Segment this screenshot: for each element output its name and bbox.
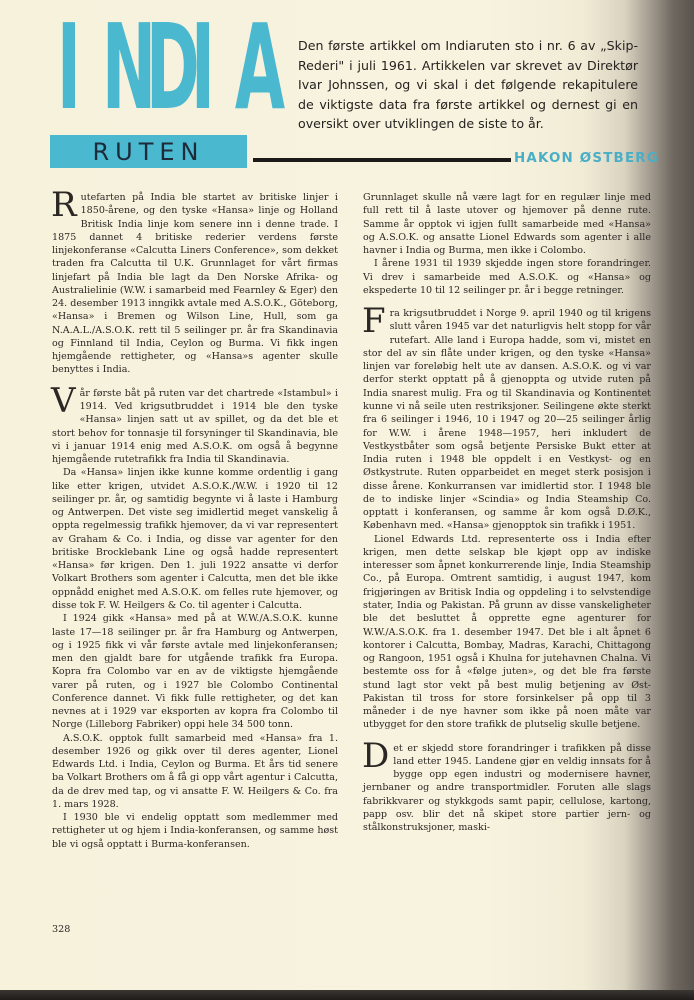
drop-cap: V — [51, 388, 76, 415]
paragraph: Da «Hansa» linjen ikke kunne komme orden… — [52, 466, 338, 612]
paragraph: I 1930 ble vi endelig opptatt som medlem… — [52, 811, 338, 851]
title-letter: I — [57, 24, 81, 110]
paragraph: Vår første båt på ruten var det chartred… — [52, 387, 338, 467]
paragraph-text: ra krigsutbruddet i Norge 9. april 1940 … — [363, 308, 651, 531]
title-letter: N — [101, 24, 125, 110]
paragraph: A.S.O.K. opptok fullt samarbeid med «Han… — [52, 732, 338, 812]
title-ruten-bar: RUTEN — [50, 135, 247, 168]
page-number: 328 — [52, 924, 70, 935]
title-letter: A — [235, 24, 259, 110]
drop-cap: R — [51, 192, 77, 219]
paragraph: Grunnlaget skulle nå være lagt for en re… — [363, 191, 651, 257]
paragraph: I årene 1931 til 1939 skjedde ingen stor… — [363, 257, 651, 297]
left-column: Rutefarten på India ble startet av briti… — [52, 191, 338, 851]
paragraph: Fra krigsutbruddet i Norge 9. april 1940… — [363, 307, 651, 533]
title-rule — [253, 158, 381, 162]
paragraph: Det er skjedd store forandringer i trafi… — [363, 742, 651, 835]
page-edge-shadow — [0, 990, 694, 1000]
paragraph: Rutefarten på India ble startet av briti… — [52, 191, 338, 377]
title-letter: D — [146, 24, 170, 110]
paragraph: Lionel Edwards Ltd. representerte oss i … — [363, 533, 651, 732]
title-ruten: RUTEN — [92, 138, 204, 166]
title-india: I N D I A — [47, 24, 269, 110]
right-column: Grunnlaget skulle nå være lagt for en re… — [363, 191, 651, 834]
paragraph-text: et er skjedd store forandringer i trafik… — [363, 743, 651, 834]
paragraph: I 1924 gikk «Hansa» med på at W.W./A.S.O… — [52, 612, 338, 731]
drop-cap: D — [362, 743, 389, 770]
paragraph-text: utefarten på India ble startet av britis… — [52, 192, 338, 375]
title-letter: I — [190, 24, 214, 110]
author-name: HAKON ØSTBERG — [514, 151, 659, 166]
intro-text: Den første artikkel om Indiaruten sto i … — [298, 36, 638, 134]
title-rule — [381, 158, 511, 162]
drop-cap: F — [362, 308, 386, 335]
paragraph-text: år første båt på ruten var det chartrede… — [52, 388, 338, 465]
